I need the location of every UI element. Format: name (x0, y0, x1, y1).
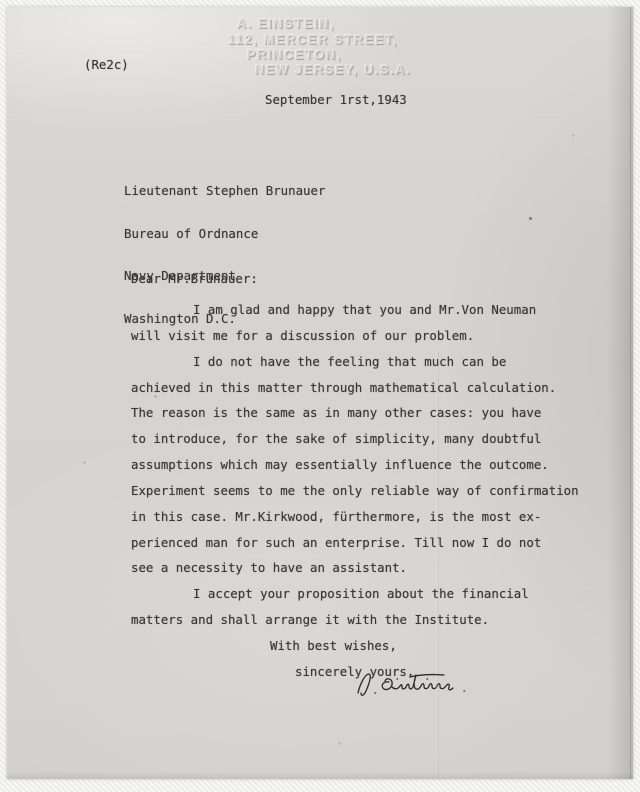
letter-body: I am glad and happy that you and Mr.Von … (131, 297, 611, 685)
letterhead-line: NEW JERSEY, U.S.A. (255, 62, 411, 77)
body-line: I accept your proposition about the fina… (131, 581, 611, 607)
body-line: to introduce, for the sake of simplicity… (131, 426, 611, 452)
letterhead-line: PRINCETON, (247, 47, 342, 62)
body-line: in this case. Mr.Kirkwood, fürthermore, … (131, 504, 611, 530)
scan-background: A. EINSTEIN, 112, MERCER STREET, PRINCET… (0, 0, 640, 792)
vertical-fold-crease (436, 352, 439, 779)
body-line: matters and shall arrange it with the In… (131, 607, 611, 633)
body-line: assumptions which may essentially influe… (131, 452, 611, 478)
body-line: perienced man for such an enterprise. Ti… (131, 530, 611, 556)
right-edge-line (630, 7, 631, 779)
address-line: Bureau of Ordnance (124, 228, 325, 241)
body-line: see a necessity to have an assistant. (131, 555, 611, 581)
body-line: I do not have the feeling that much can … (131, 349, 611, 375)
body-line: The reason is the same as in many other … (131, 400, 611, 426)
letter-page: A. EINSTEIN, 112, MERCER STREET, PRINCET… (7, 7, 633, 779)
address-line: Lieutenant Stephen Brunauer (124, 185, 325, 198)
salutation: Dear Mr.Brunauer: (131, 271, 258, 286)
body-line: Experiment seems to me the only reliable… (131, 478, 611, 504)
bottom-edge-shadow (7, 771, 633, 779)
letterhead-line: A. EINSTEIN, (237, 16, 335, 31)
horizontal-crease (7, 114, 633, 116)
file-code: (Re2c) (84, 57, 129, 72)
einstein-signature (352, 666, 487, 704)
body-line: will visit me for a discussion of our pr… (131, 323, 611, 349)
body-line: I am glad and happy that you and Mr.Von … (131, 297, 611, 323)
closing-line-wishes: With best wishes, (270, 633, 611, 659)
date-line: September 1rst,1943 (265, 92, 407, 107)
body-line: achieved in this matter through mathemat… (131, 375, 611, 401)
paper-specks (7, 7, 8, 8)
